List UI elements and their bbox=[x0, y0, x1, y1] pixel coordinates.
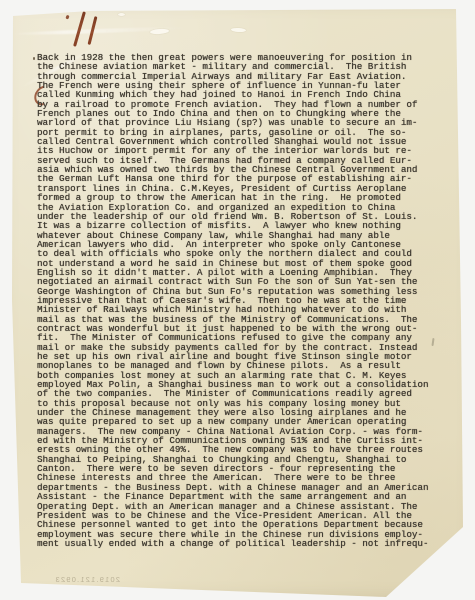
typewritten-text: Back in 1928 the then great powers were … bbox=[37, 53, 447, 548]
accession-number-bleedthrough: 2019.121.0923 bbox=[30, 575, 120, 584]
paper-flake bbox=[118, 13, 125, 16]
ink-speck bbox=[33, 57, 35, 60]
paper-flake bbox=[150, 28, 169, 34]
ink-dot bbox=[65, 15, 69, 20]
scanned-page-background: Back in 1928 the then great powers were … bbox=[0, 0, 475, 600]
paper-sheet: Back in 1928 the then great powers were … bbox=[0, 0, 475, 600]
paper-flake bbox=[231, 28, 246, 33]
tally-mark-icon bbox=[73, 11, 85, 46]
tally-mark-icon bbox=[88, 16, 98, 45]
